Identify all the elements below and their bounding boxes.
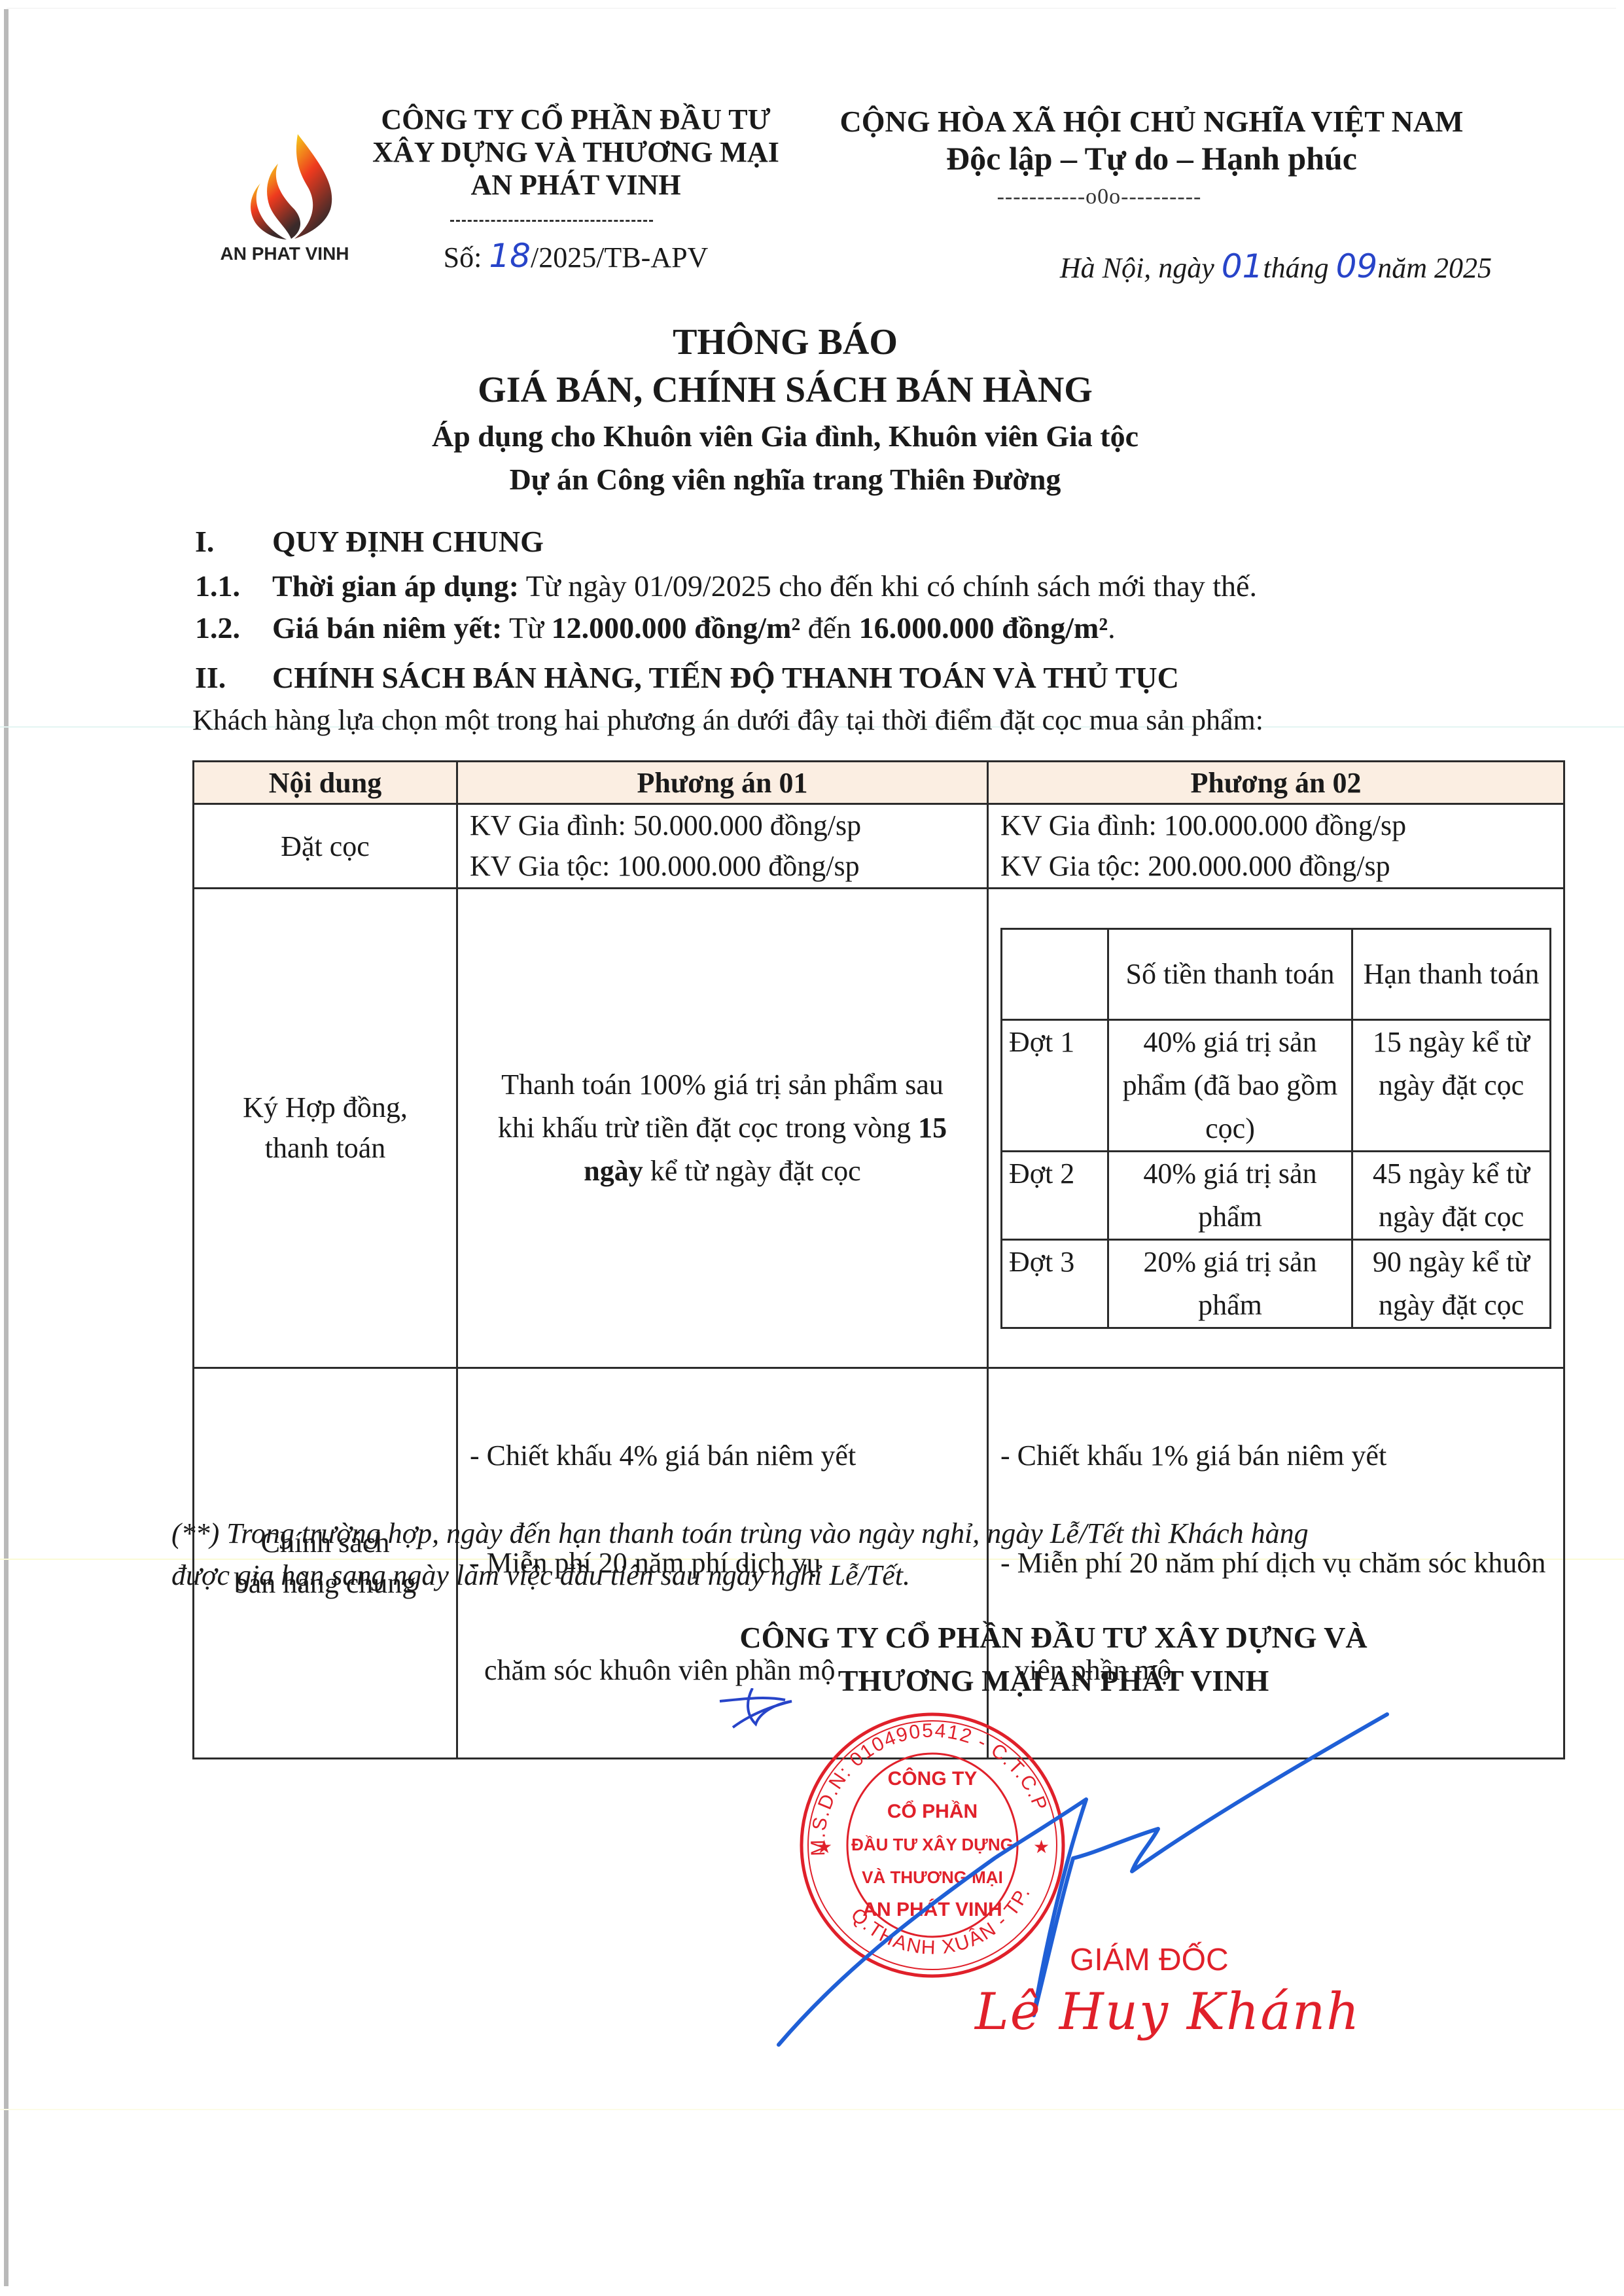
schedule-row: Đợt 2 40% giá trị sản phẩm 45 ngày kể từ…: [1002, 1151, 1551, 1239]
section-1-item: 1.1.Thời gian áp dụng: Từ ngày 01/09/202…: [195, 567, 1257, 606]
company-name-line: XÂY DỰNG VÀ THƯƠNG MẠI: [353, 136, 798, 169]
column-header: Phương án 02: [988, 762, 1564, 804]
schedule-header-row: Số tiền thanh toán Hạn thanh toán: [1002, 928, 1551, 1019]
sales-policy-table: Nội dung Phương án 01 Phương án 02 Đặt c…: [192, 760, 1565, 1759]
document-date: Hà Nội, ngày 01tháng 09năm 2025: [981, 247, 1492, 285]
payment-schedule-table: Số tiền thanh toán Hạn thanh toán Đợt 1 …: [1000, 928, 1551, 1329]
company-name-block: CÔNG TY CỔ PHẦN ĐẦU TƯ XÂY DỰNG VÀ THƯƠN…: [353, 103, 798, 202]
table-header-row: Nội dung Phương án 01 Phương án 02: [194, 762, 1564, 804]
row-label: Ký Hợp đồng, thanh toán: [194, 889, 457, 1368]
nation-title: CỘNG HÒA XÃ HỘI CHỦ NGHĨA VIỆT NAM: [824, 103, 1479, 140]
section-1-heading: I.QUY ĐỊNH CHUNG: [195, 522, 544, 561]
footnote: (**) Trong trường hợp, ngày đến hạn than…: [171, 1513, 1480, 1597]
scan-artifact-line: [0, 2109, 1624, 2110]
row-label: Đặt cọc: [194, 804, 457, 889]
title-line: THÔNG BÁO: [164, 319, 1407, 365]
deposit-option-1: KV Gia đình: 50.000.000 đồng/sp KV Gia t…: [457, 804, 988, 889]
title-line: GIÁ BÁN, CHÍNH SÁCH BÁN HÀNG: [164, 365, 1407, 415]
section-2-intro: Khách hàng lựa chọn một trong hai phương…: [192, 703, 1263, 737]
deposit-option-2: KV Gia đình: 100.000.000 đồng/sp KV Gia …: [988, 804, 1564, 889]
flame-icon: [209, 118, 360, 242]
national-header: CỘNG HÒA XÃ HỘI CHỦ NGHĨA VIỆT NAM Độc l…: [824, 103, 1479, 177]
handwritten-number: 18: [489, 237, 531, 275]
section-1-item: 1.2.Giá bán niêm yết: Từ 12.000.000 đồng…: [195, 609, 1116, 648]
company-logo: AN PHAT VINH: [209, 118, 360, 268]
company-name-line: AN PHÁT VINH: [353, 169, 798, 202]
handwritten-day: 01: [1222, 247, 1263, 285]
signatory-name: Lê Huy Khánh: [975, 1983, 1360, 2041]
scan-edge-top: [7, 8, 1616, 9]
nation-motto: Độc lập – Tự do – Hạnh phúc: [824, 140, 1479, 177]
column-header: Phương án 01: [457, 762, 988, 804]
nation-separator: -----------o0o----------: [923, 185, 1276, 209]
column-header: Hạn thanh toán: [1352, 928, 1551, 1019]
schedule-row: Đợt 3 20% giá trị sản phẩm 90 ngày kể từ…: [1002, 1239, 1551, 1328]
document-number: Số: 18/2025/TB-APV: [366, 237, 785, 275]
table-row-payment: Ký Hợp đồng, thanh toán Thanh toán 100% …: [194, 889, 1564, 1368]
column-header: Số tiền thanh toán: [1108, 928, 1352, 1019]
signatory-title: GIÁM ĐỐC: [1070, 1942, 1229, 1978]
subtitle-line: Áp dụng cho Khuôn viên Gia đình, Khuôn v…: [164, 415, 1407, 458]
payment-option-2: Số tiền thanh toán Hạn thanh toán Đợt 1 …: [988, 889, 1564, 1368]
subtitle-line: Dự án Công viên nghĩa trang Thiên Đường: [164, 458, 1407, 501]
handwritten-month: 09: [1336, 247, 1378, 285]
section-2-heading: II.CHÍNH SÁCH BÁN HÀNG, TIẾN ĐỘ THANH TO…: [195, 658, 1179, 698]
schedule-row: Đợt 1 40% giá trị sản phẩm (đã bao gồm c…: [1002, 1019, 1551, 1151]
scan-edge: [4, 9, 9, 2286]
company-separator: [450, 220, 653, 222]
company-name-line: CÔNG TY CỔ PHẦN ĐẦU TƯ: [353, 103, 798, 136]
document-title: THÔNG BÁO GIÁ BÁN, CHÍNH SÁCH BÁN HÀNG Á…: [164, 319, 1407, 501]
table-row-deposit: Đặt cọc KV Gia đình: 50.000.000 đồng/sp …: [194, 804, 1564, 889]
payment-option-1: Thanh toán 100% giá trị sản phẩm sau khi…: [457, 889, 988, 1368]
logo-text: AN PHAT VINH: [209, 243, 360, 264]
column-header: Nội dung: [194, 762, 457, 804]
